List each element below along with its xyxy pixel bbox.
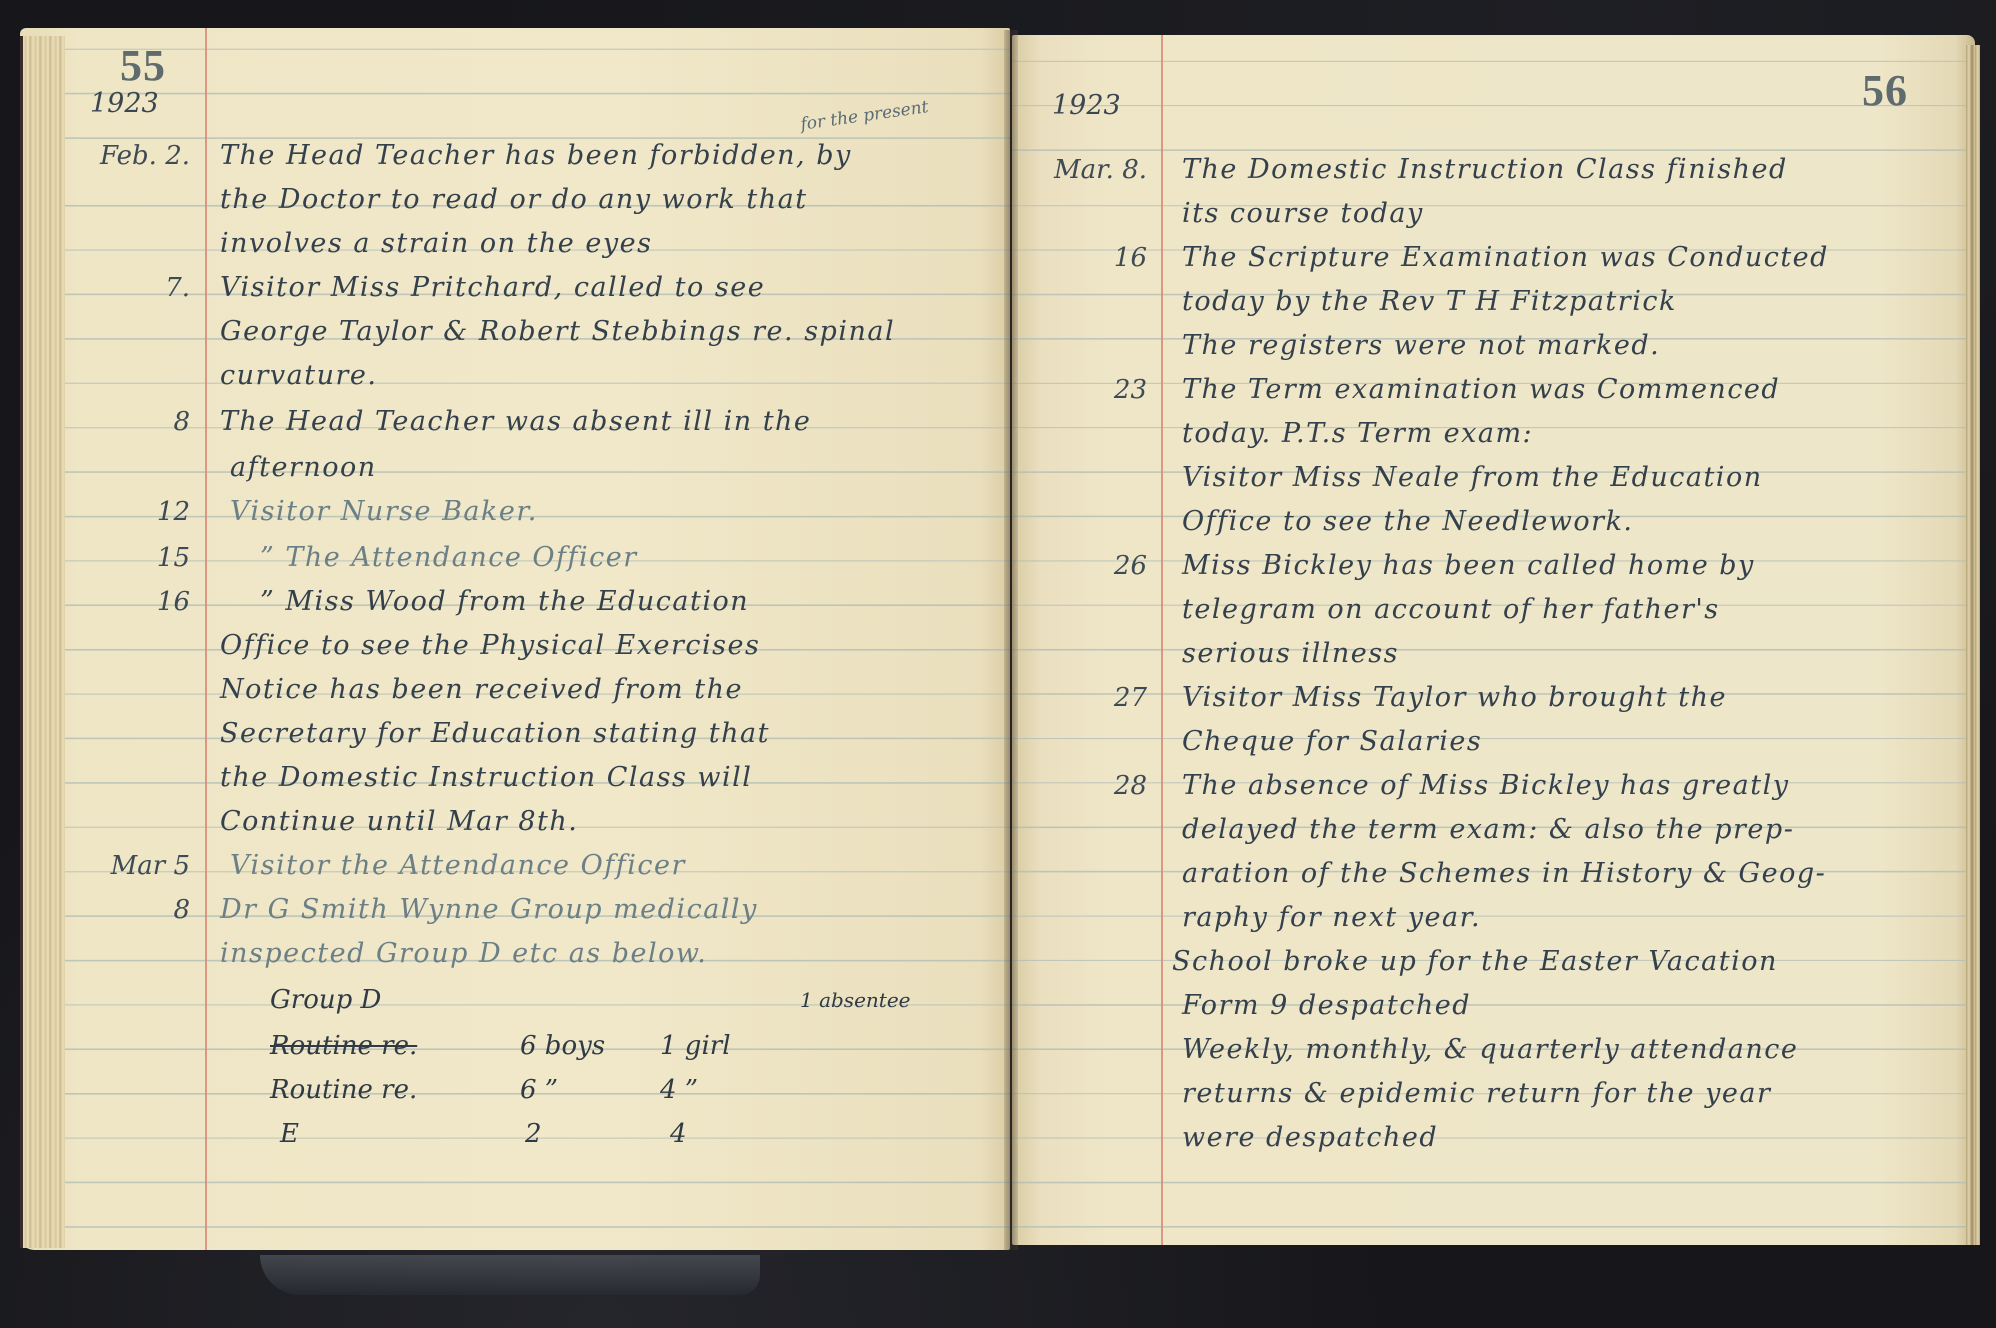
- entry-line: telegram on account of her father's: [1182, 588, 1720, 632]
- entry-line: Visitor Miss Pritchard, called to see: [220, 266, 765, 310]
- entry-date: 23: [1012, 368, 1147, 412]
- right-page: 56 1923 Mar. 8. The Domestic Instruction…: [1012, 35, 1975, 1245]
- entry-line: The Term examination was Commenced: [1182, 368, 1780, 412]
- entry-line: Cheque for Salaries: [1182, 720, 1482, 764]
- binding-gutter: [1004, 30, 1018, 1250]
- entry-line: The Head Teacher has been forbidden, by: [220, 134, 852, 178]
- left-page: 55 1923 for the present Feb. 2. The Head…: [20, 28, 1010, 1250]
- entry-line: curvature.: [220, 354, 377, 398]
- entry-line: Form 9 despatched: [1182, 984, 1471, 1028]
- year-label: 1923: [1052, 90, 1121, 121]
- annotation-for-the-present: for the present: [799, 97, 929, 135]
- entry-line: returns & epidemic return for the year: [1182, 1072, 1771, 1116]
- entry-date: 28: [1012, 764, 1147, 808]
- entry-line: its course today: [1182, 192, 1424, 236]
- table-row-label: E: [280, 1112, 299, 1156]
- table-cell-boys: 2: [525, 1112, 542, 1156]
- table-row-label: Routine re.: [270, 1068, 417, 1112]
- entry-line: Continue until Mar 8th.: [220, 800, 578, 844]
- entry-date: 27: [1012, 676, 1147, 720]
- year-label: 1923: [90, 88, 159, 119]
- page-number: 56: [1862, 65, 1908, 116]
- entry-date: Mar. 8.: [1012, 148, 1147, 192]
- entry-line: School broke up for the Easter Vacation: [1172, 940, 1778, 984]
- entry-line: Office to see the Physical Exercises: [220, 624, 760, 668]
- entry-line: afternoon: [230, 446, 377, 490]
- entry-line: involves a strain on the eyes: [220, 222, 652, 266]
- entry-line: aration of the Schemes in History & Geog…: [1182, 852, 1826, 896]
- page-stack-edge-right: [1966, 45, 1980, 1245]
- entry-line: ” Miss Wood from the Education: [260, 580, 749, 624]
- entry-line: Visitor Miss Neale from the Education: [1182, 456, 1763, 500]
- entry-line: Visitor Nurse Baker.: [230, 490, 538, 534]
- margin-line: [205, 28, 207, 1250]
- entry-line: serious illness: [1182, 632, 1399, 676]
- table-cell-boys: 6 ”: [520, 1068, 558, 1112]
- entry-line: Miss Bickley has been called home by: [1182, 544, 1755, 588]
- margin-line: [1161, 35, 1163, 1245]
- entry-date: 16: [1012, 236, 1147, 280]
- entry-date: 26: [1012, 544, 1147, 588]
- entry-line: Weekly, monthly, & quarterly attendance: [1182, 1028, 1798, 1072]
- table-note: 1 absentee: [800, 978, 911, 1022]
- page-number: 55: [120, 40, 166, 91]
- entry-line: today. P.T.s Term exam:: [1182, 412, 1533, 456]
- entry-line: today by the Rev T H Fitzpatrick: [1182, 280, 1677, 324]
- entry-line: The Head Teacher was absent ill in the: [220, 400, 811, 444]
- page-stack-edge: [20, 36, 65, 1248]
- table-heading: Group D: [270, 978, 381, 1022]
- entry-line: The Domestic Instruction Class finished: [1182, 148, 1788, 192]
- entry-line: The Scripture Examination was Conducted: [1182, 236, 1829, 280]
- entry-line: inspected Group D etc as below.: [220, 932, 707, 976]
- entry-line: Visitor Miss Taylor who brought the: [1182, 676, 1727, 720]
- entry-line: The absence of Miss Bickley has greatly: [1182, 764, 1790, 808]
- entry-line: raphy for next year.: [1182, 896, 1481, 940]
- entry-line: George Taylor & Robert Stebbings re. spi…: [220, 310, 895, 354]
- entry-line: Secretary for Education stating that: [220, 712, 770, 756]
- entry-line: Visitor the Attendance Officer: [230, 844, 686, 888]
- table-cell-girls: 4 ”: [660, 1068, 698, 1112]
- entry-line: the Domestic Instruction Class will: [220, 756, 752, 800]
- binding-cloth-fragment: [260, 1255, 760, 1295]
- entry-line: ” The Attendance Officer: [260, 536, 638, 580]
- entry-line: Notice has been received from the: [220, 668, 743, 712]
- table-cell-girls: 4: [670, 1112, 687, 1156]
- entry-line: were despatched: [1182, 1116, 1438, 1160]
- table-cell-girls: 1 girl: [660, 1024, 731, 1068]
- entry-line: the Doctor to read or do any work that: [220, 178, 808, 222]
- entry-line: The registers were not marked.: [1182, 324, 1660, 368]
- table-row-label: Routine re.: [270, 1024, 417, 1068]
- entry-line: delayed the term exam: & also the prep-: [1182, 808, 1794, 852]
- entry-line: Office to see the Needlework.: [1182, 500, 1634, 544]
- table-cell-boys: 6 boys: [520, 1024, 605, 1068]
- entry-line: Dr G Smith Wynne Group medically: [220, 888, 758, 932]
